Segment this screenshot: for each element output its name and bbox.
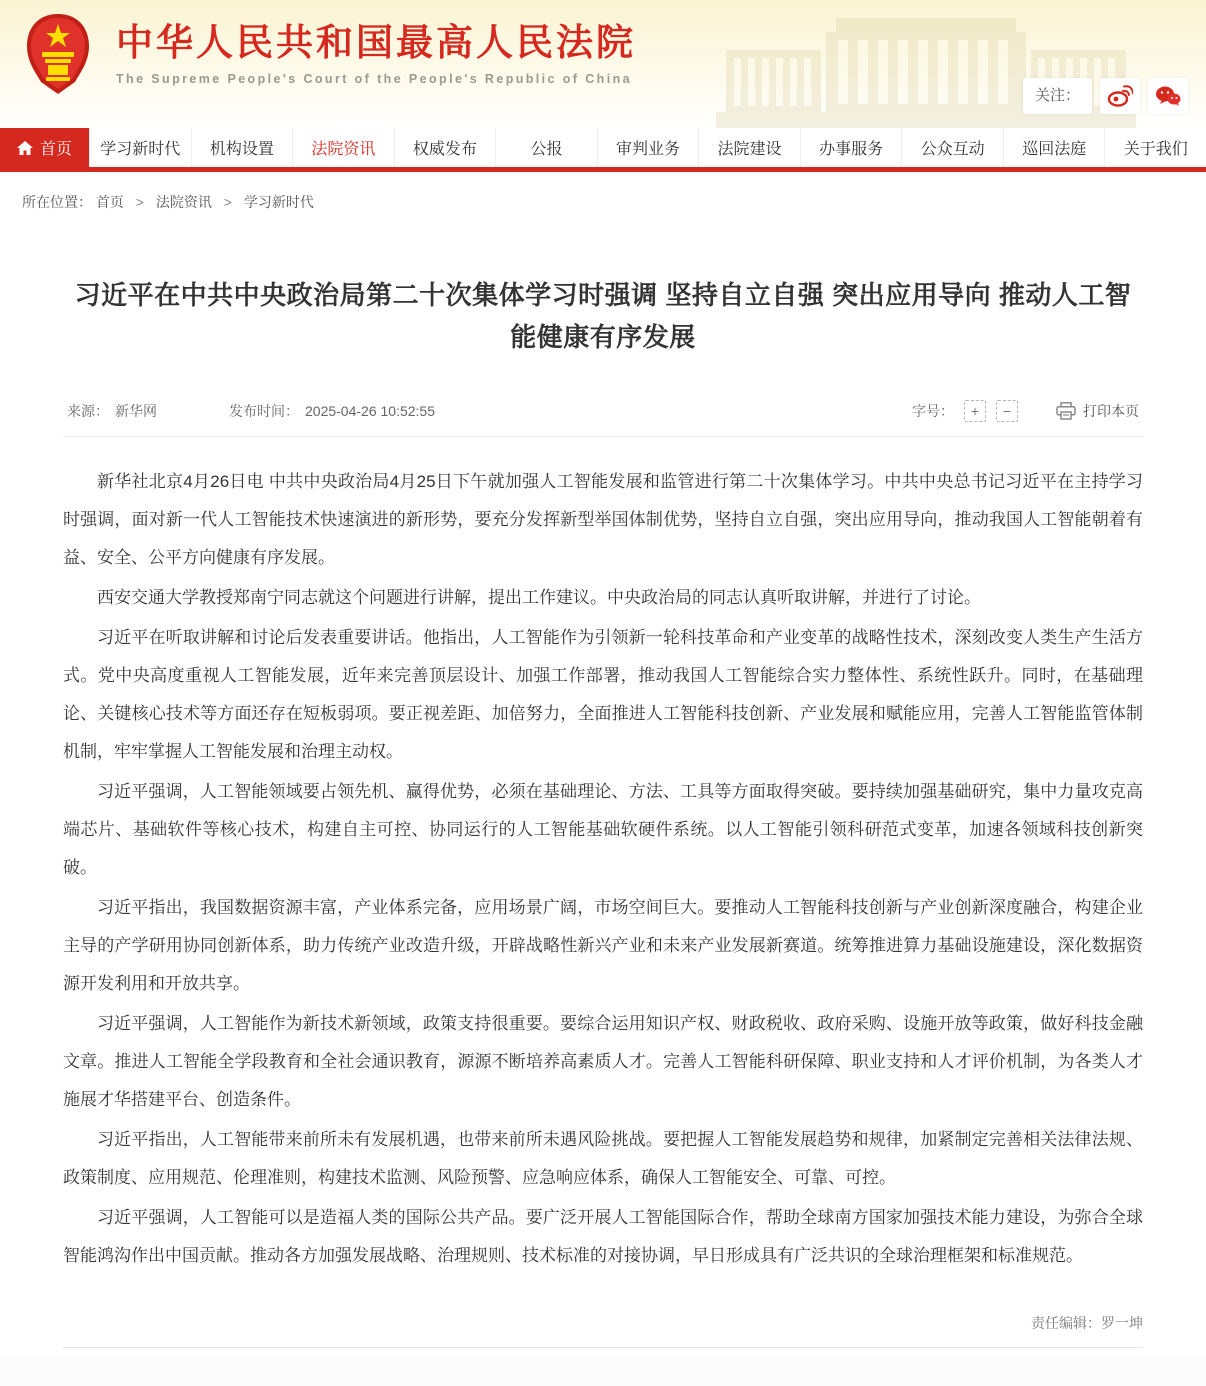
source-value: 新华网 [115,401,157,421]
source-label: 来源： [67,401,109,421]
follow-area: 关注： [1023,78,1188,114]
publish-time-label: 发布时间： [229,401,299,421]
article-paragraph: 新华社北京4月26日电 中共中央政治局4月25日下午就加强人工智能发展和监管进行… [63,463,1143,577]
breadcrumb-court-news[interactable]: 法院资讯 [156,194,212,210]
font-increase-button[interactable]: + [964,400,986,422]
breadcrumb-separator: > [136,194,144,210]
main-nav: 首页 学习新时代 机构设置 法院资讯 权威发布 公报 审判业务 法院建设 办事服… [0,128,1206,172]
nav-item-court-construction[interactable]: 法院建设 [699,128,801,167]
weibo-icon[interactable] [1100,78,1140,114]
nav-item-home[interactable]: 首页 [0,128,90,167]
nav-item-authoritative-release[interactable]: 权威发布 [395,128,497,167]
article-title: 习近平在中共中央政治局第二十次集体学习时强调 坚持自立自强 突出应用导向 推动人… [63,274,1143,358]
article-paragraph: 习近平指出，我国数据资源丰富，产业体系完备，应用场景广阔，市场空间巨大。要推动人… [63,889,1143,1003]
article: 习近平在中共中央政治局第二十次集体学习时强调 坚持自立自强 突出应用导向 推动人… [63,274,1143,1348]
nav-item-public-interaction[interactable]: 公众互动 [902,128,1004,167]
breadcrumb-label: 所在位置： [22,194,92,210]
nav-item-study-new-era[interactable]: 学习新时代 [90,128,192,167]
home-icon [17,141,33,155]
editor-row: 责任编辑：罗一坤 [63,1313,1143,1348]
print-page-button[interactable]: 打印本页 [1056,401,1139,421]
article-paragraph: 习近平指出，人工智能带来前所未有发展机遇，也带来前所未遇风险挑战。要把握人工智能… [63,1121,1143,1197]
nav-item-gazette[interactable]: 公报 [496,128,598,167]
editor-label: 责任编辑： [1031,1315,1101,1331]
follow-label: 关注： [1023,78,1092,114]
article-paragraph: 习近平在听取讲解和讨论后发表重要讲话。他指出，人工智能作为引领新一轮科技革命和产… [63,619,1143,771]
article-body: 新华社北京4月26日电 中共中央政治局4月25日下午就加强人工智能发展和监管进行… [63,463,1143,1275]
site-title: 中华人民共和国最高人民法院 [116,22,636,65]
nav-item-services[interactable]: 办事服务 [801,128,903,167]
font-size-label: 字号： [912,401,954,421]
publish-time-value: 2025-04-26 10:52:55 [305,403,435,419]
wechat-icon[interactable] [1148,78,1188,114]
national-emblem-logo [22,12,94,96]
breadcrumb-separator: > [224,194,232,210]
article-paragraph: 习近平强调，人工智能可以是造福人类的国际公共产品。要广泛开展人工智能国际合作，帮… [63,1199,1143,1275]
page-footer [0,1356,1206,1386]
site-subtitle: The Supreme People's Court of the People… [116,72,636,86]
nav-item-about-us[interactable]: 关于我们 [1105,128,1206,167]
nav-item-trial-business[interactable]: 审判业务 [598,128,700,167]
nav-item-organization[interactable]: 机构设置 [192,128,294,167]
breadcrumb: 所在位置： 首页 > 法院资讯 > 学习新时代 [0,172,1206,212]
article-paragraph: 习近平强调，人工智能领域要占领先机、赢得优势，必须在基础理论、方法、工具等方面取… [63,773,1143,887]
breadcrumb-study-new-era[interactable]: 学习新时代 [244,194,314,210]
article-paragraph: 西安交通大学教授郑南宁同志就这个问题进行讲解，提出工作建议。中央政治局的同志认真… [63,579,1143,617]
site-header: 中华人民共和国最高人民法院 The Supreme People's Court… [0,0,1206,128]
nav-item-court-news[interactable]: 法院资讯 [293,128,395,167]
article-meta-row: 来源： 新华网 发布时间： 2025-04-26 10:52:55 字号： + … [63,390,1143,437]
printer-icon [1056,402,1076,420]
breadcrumb-home[interactable]: 首页 [96,194,124,210]
site-brand[interactable]: 中华人民共和国最高人民法院 The Supreme People's Court… [22,12,636,96]
article-paragraph: 习近平强调，人工智能作为新技术新领域，政策支持很重要。要综合运用知识产权、财政税… [63,1005,1143,1119]
editor-name: 罗一坤 [1101,1315,1143,1331]
nav-item-circuit-court[interactable]: 巡回法庭 [1004,128,1106,167]
font-decrease-button[interactable]: − [996,400,1018,422]
